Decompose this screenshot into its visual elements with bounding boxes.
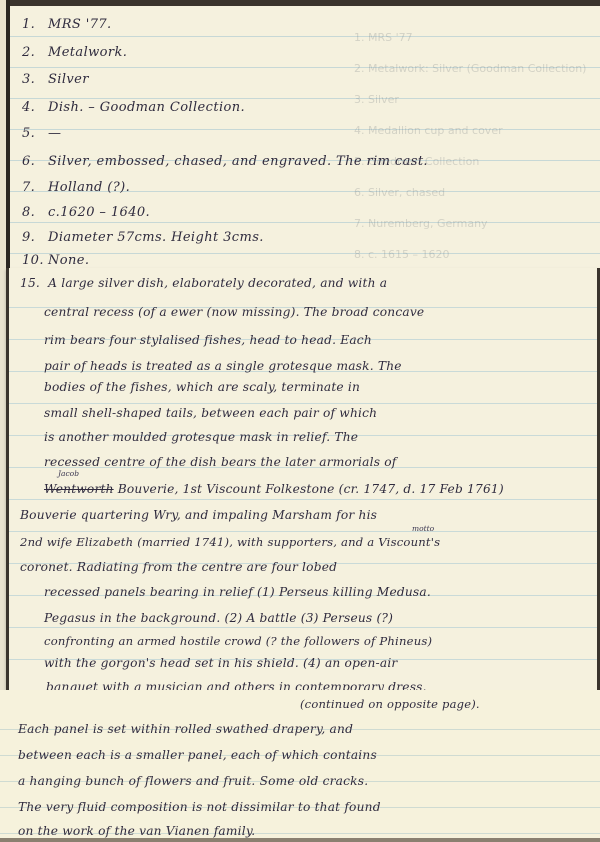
struck-word: Wentworth <box>44 482 114 496</box>
ghost-line: 6. Silver, chased <box>354 177 600 208</box>
description-line-4: pair of heads is treated as a single gro… <box>44 359 402 373</box>
entry-number: 2. <box>22 45 48 60</box>
entry-text: Silver, embossed, chased, and engraved. … <box>48 154 428 169</box>
entry-4: 4.Dish. – Goodman Collection. <box>22 100 245 115</box>
entry-text: Metalwork. <box>48 45 127 60</box>
entry-number: 6. <box>22 154 48 169</box>
entry-text: — <box>48 126 61 141</box>
insertion-note-jacob: Jacob <box>58 469 79 478</box>
entry-1: 1.MRS '77. <box>22 17 112 32</box>
entry-5: 5.— <box>22 126 61 141</box>
description-line-2: central recess (of a ewer (now missing).… <box>44 305 424 319</box>
entry-9: 9.Diameter 57cms. Height 3cms. <box>22 230 264 245</box>
entry-10: 10.None. <box>22 253 89 268</box>
description-line-14: Pegasus in the background. (2) A battle … <box>44 611 393 625</box>
entry-2: 2.Metalwork. <box>22 45 127 60</box>
description-line-7: is another moulded grotesque mask in rel… <box>44 430 358 444</box>
description-text: A large silver dish, elaborately decorat… <box>48 276 387 290</box>
description-number: 15. <box>20 276 40 290</box>
entry-text: Silver <box>48 72 89 87</box>
entry-number: 3. <box>22 72 48 87</box>
entry-text: Holland (?). <box>48 180 130 195</box>
description-line-15: confronting an armed hostile crowd (? th… <box>44 634 432 648</box>
entry-number: 10. <box>22 253 48 268</box>
description-line-12: coronet. Radiating from the centre are f… <box>20 560 337 574</box>
entry-number: 9. <box>22 230 48 245</box>
description-line-9: Wentworth Bouverie, 1st Viscount Folkest… <box>44 482 504 496</box>
description-line-10: Bouverie quartering Wry, and impaling Ma… <box>20 508 377 522</box>
continuation-line-1: Each panel is set within rolled swathed … <box>18 722 353 736</box>
entry-text: None. <box>48 253 89 268</box>
entry-6: 6.Silver, embossed, chased, and engraved… <box>22 154 428 169</box>
entry-text: Diameter 57cms. Height 3cms. <box>48 230 264 245</box>
show-through-text: 1. MRS '77 2. Metalwork: Silver (Goodman… <box>354 22 600 270</box>
continued-note: (continued on opposite page). <box>300 697 480 711</box>
entry-3: 3.Silver <box>22 72 89 87</box>
entry-text: Dish. – Goodman Collection. <box>48 100 245 115</box>
ghost-line: 7. Nuremberg, Germany <box>354 208 600 239</box>
description-line-16: with the gorgon's head set in his shield… <box>44 656 397 670</box>
notebook-page-description <box>6 268 600 692</box>
description-line-8: recessed centre of the dish bears the la… <box>44 455 397 469</box>
description-line-1: 15. A large silver dish, elaborately dec… <box>20 276 387 290</box>
continuation-line-3: a hanging bunch of flowers and fruit. So… <box>18 774 368 788</box>
description-line-6: small shell-shaped tails, between each p… <box>44 406 377 420</box>
ghost-line: 1. MRS '77 <box>354 22 600 53</box>
entry-number: 7. <box>22 180 48 195</box>
description-line-3: rim bears four stylalised fishes, head t… <box>44 333 372 347</box>
ghost-line: 2. Metalwork: Silver (Goodman Collection… <box>354 53 600 84</box>
entry-text: c.1620 – 1640. <box>48 205 150 220</box>
entry-number: 8. <box>22 205 48 220</box>
entry-number: 5. <box>22 126 48 141</box>
description-line-13: recessed panels bearing in relief (1) Pe… <box>44 585 431 599</box>
continuation-line-5: on the work of the van Vianen family. <box>18 824 255 838</box>
description-text: Bouverie, 1st Viscount Folkestone (cr. 1… <box>118 482 504 496</box>
description-line-5: bodies of the fishes, which are scaly, t… <box>44 380 360 394</box>
entry-7: 7.Holland (?). <box>22 180 130 195</box>
ghost-line: 4. Medallion cup and cover <box>354 115 600 146</box>
ghost-line: 8. c. 1615 – 1620 <box>354 239 600 270</box>
entry-number: 1. <box>22 17 48 32</box>
ghost-line: 3. Silver <box>354 84 600 115</box>
continuation-line-2: between each is a smaller panel, each of… <box>18 748 377 762</box>
notebook-page-continuation <box>0 690 600 842</box>
entry-number: 4. <box>22 100 48 115</box>
entry-text: MRS '77. <box>48 17 112 32</box>
insertion-note-motto: motto <box>412 524 434 533</box>
continuation-line-4: The very fluid composition is not dissim… <box>18 800 381 814</box>
description-line-11: 2nd wife Elizabeth (married 1741), with … <box>20 535 440 549</box>
entry-8: 8.c.1620 – 1640. <box>22 205 150 220</box>
